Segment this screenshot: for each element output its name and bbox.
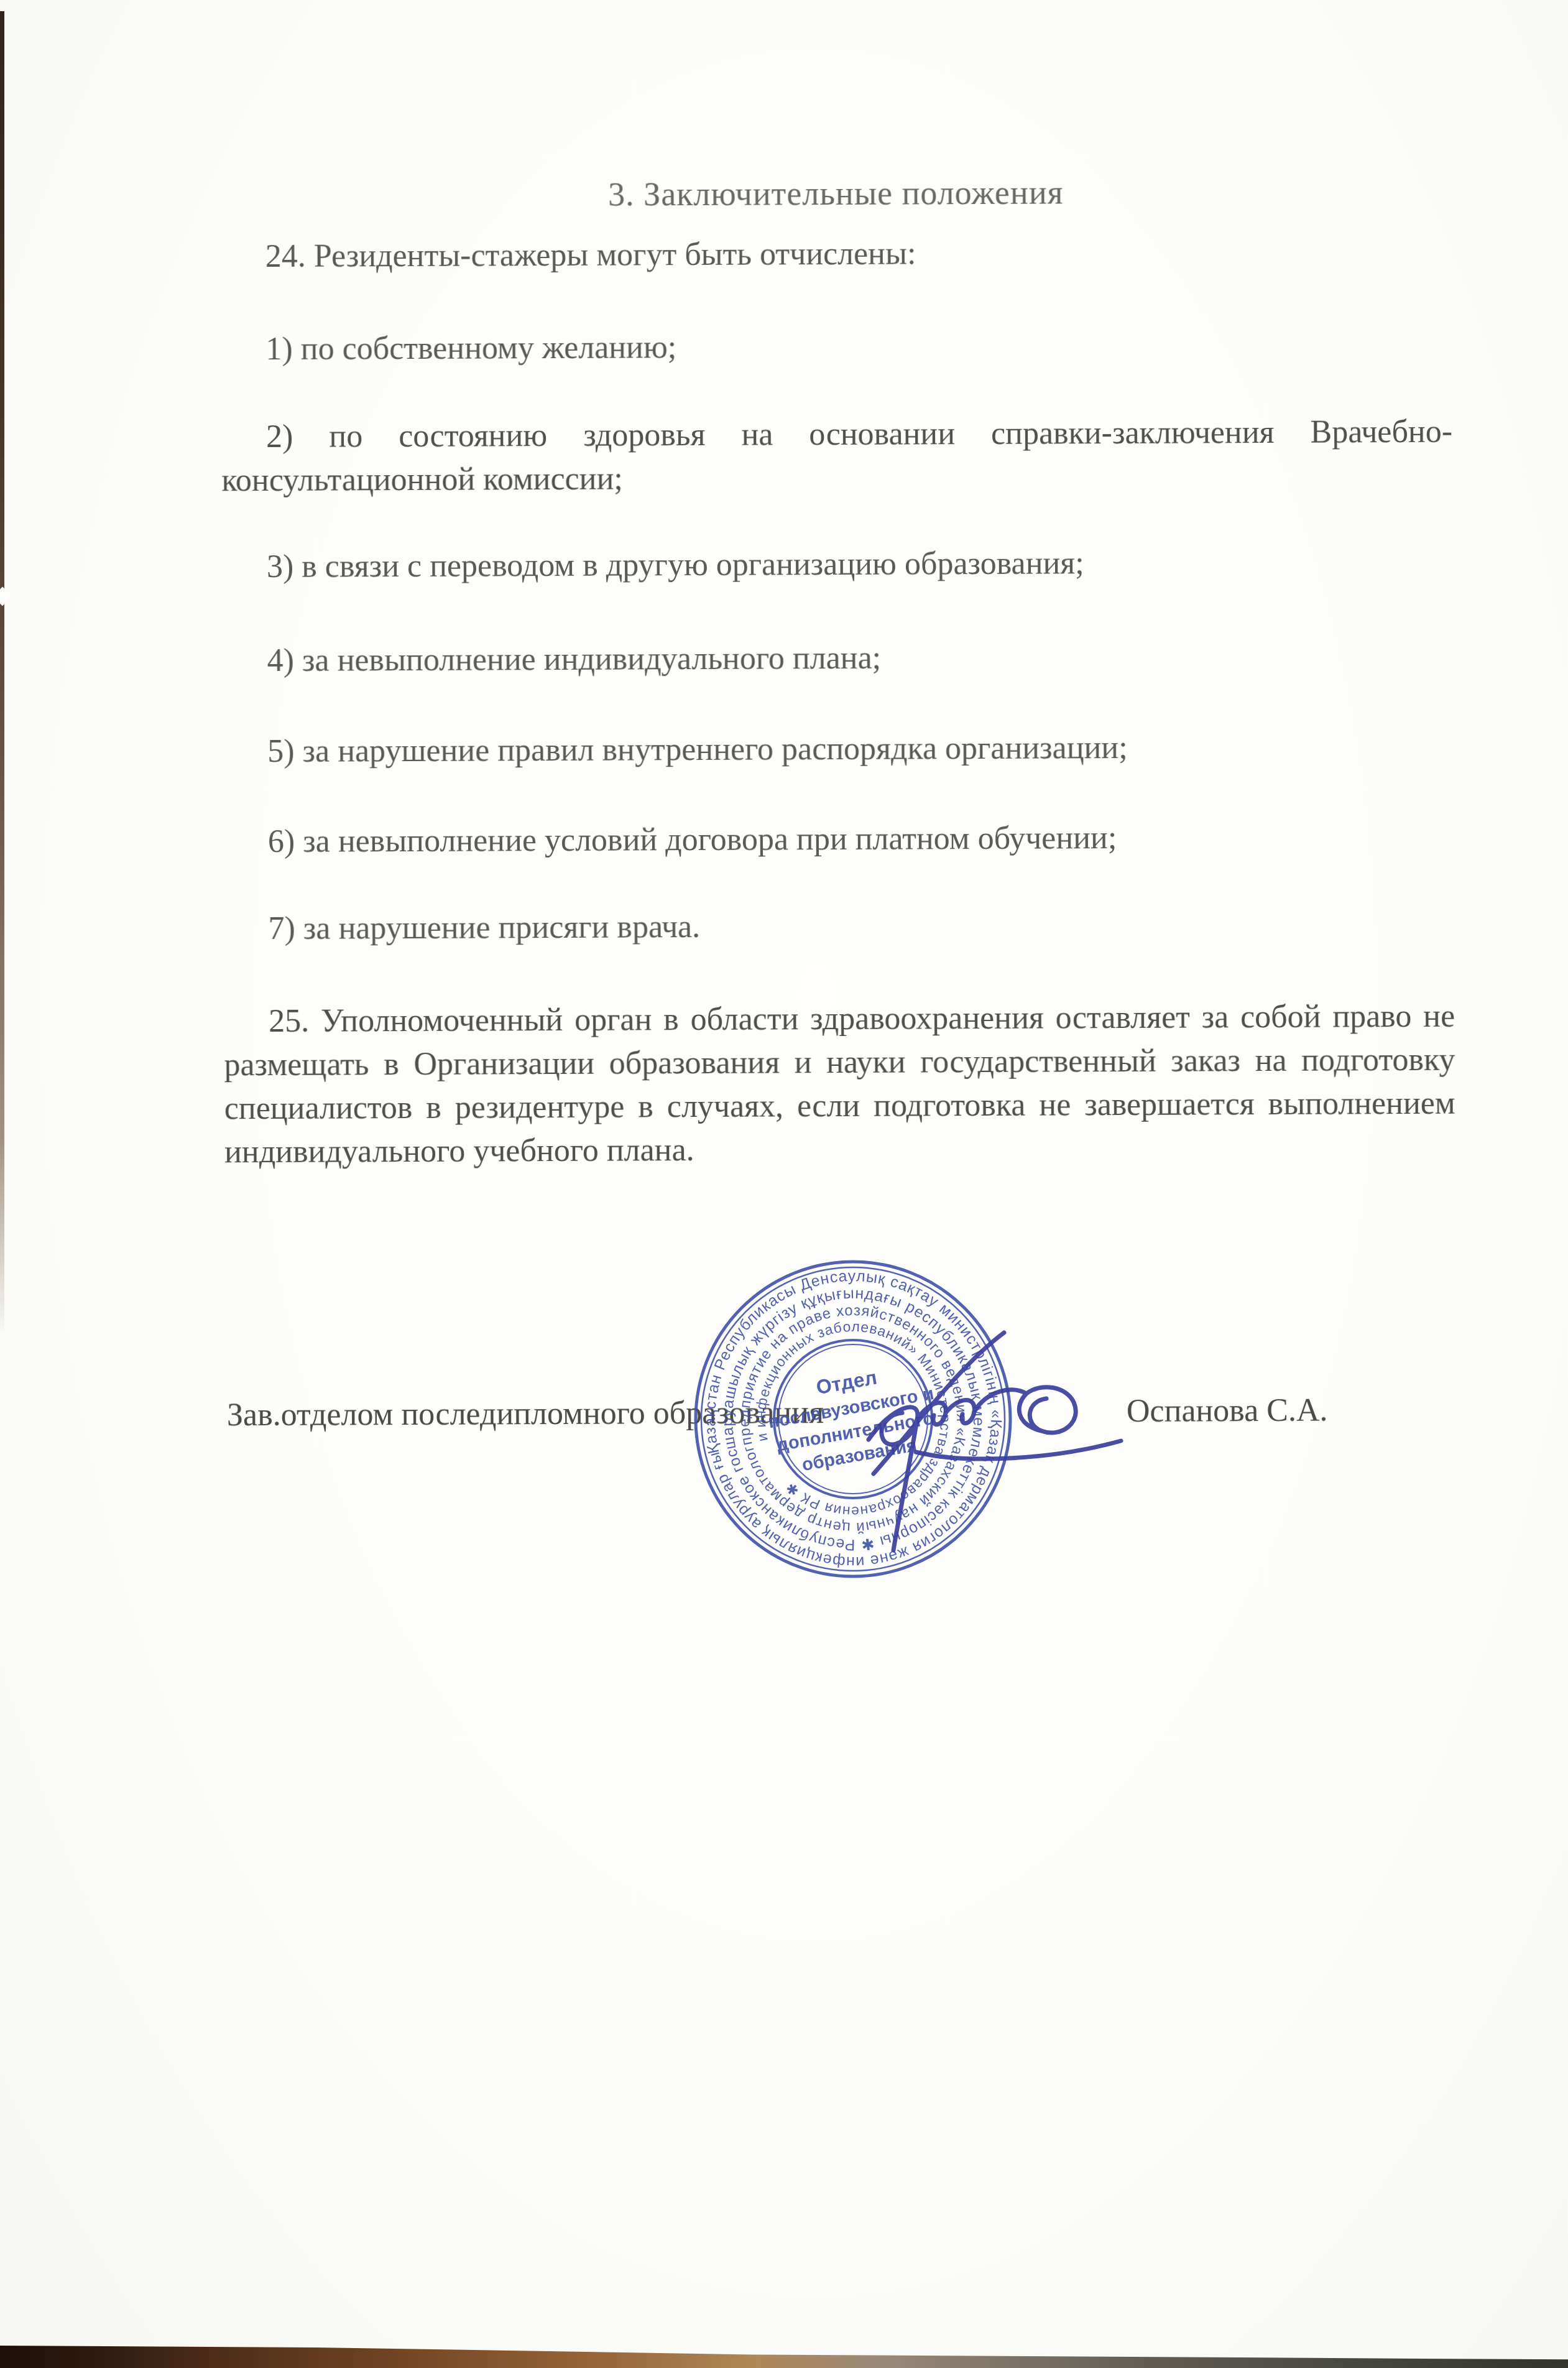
list-item-2-line-1: 2) по состоянию здоровья на основании сп… [221, 410, 1452, 460]
clause-25-line-1: 25. Уполномоченный орган в области здрав… [224, 995, 1455, 1044]
list-item-6: 6) за невыполнение условий договора при … [223, 815, 1454, 864]
list-item-7: 7) за нарушение присяги врача. [223, 902, 1454, 951]
scan-edge-left-notch [0, 586, 12, 606]
section-title: 3. Заключительные положения [220, 169, 1451, 218]
signature-stroke-ovals [974, 1387, 1076, 1433]
handwritten-signature [855, 1290, 1166, 1576]
clause-25-line-4: индивидуального учебного плана. [224, 1126, 1455, 1175]
list-item-4: 4) за невыполнение индивидуального плана… [222, 634, 1453, 683]
list-item-2: 2) по состоянию здоровья на основании сп… [221, 410, 1453, 503]
list-item-2-line-2: консультационной комиссии; [221, 454, 1452, 503]
scanned-document-page: 3. Заключительные положения 24. Резидент… [0, 0, 1568, 2368]
list-item-5: 5) за нарушение правил внутреннего распо… [223, 725, 1454, 774]
list-item-3: 3) в связи с переводом в другую организа… [222, 540, 1453, 590]
clause-25-line-2: размещать в Организации образования и на… [224, 1038, 1455, 1088]
clause-25-line-3: специалистов в резидентуре в случаях, ес… [224, 1082, 1455, 1131]
clause-24: 24. Резиденты-стажеры могут быть отчисле… [221, 230, 1452, 279]
scan-edge-left-line [0, 11, 4, 1336]
clause-25: 25. Уполномоченный орган в области здрав… [224, 995, 1455, 1175]
signature-stroke-tail [916, 1441, 1121, 1459]
document-text-block: 3. Заключительные положения 24. Резидент… [219, 0, 1461, 2368]
list-item-1: 1) по собственному желанию; [221, 323, 1452, 372]
